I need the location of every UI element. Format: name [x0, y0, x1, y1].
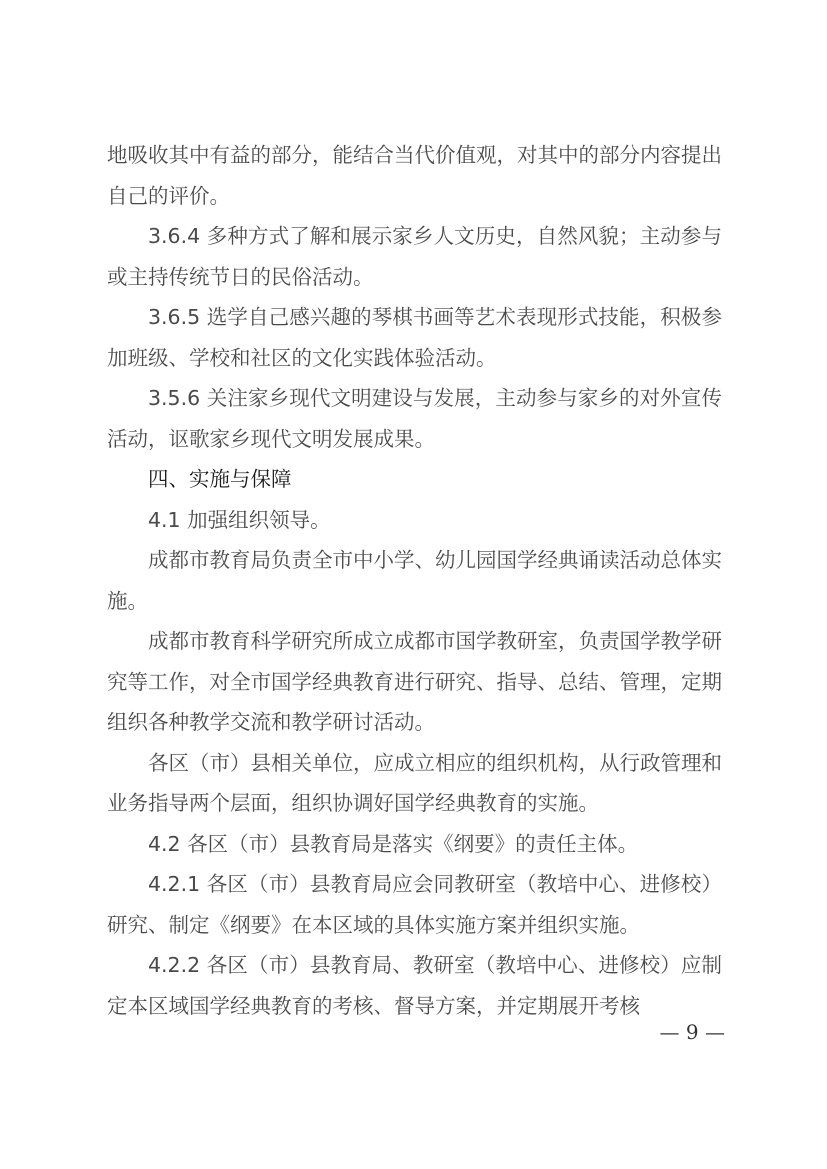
section-heading: 四、实施与保障: [107, 459, 722, 500]
paragraph-3-6-5: 3.6.5 选学自己感兴趣的琴棋书画等艺术表现形式技能，积极参加班级、学校和社区…: [107, 297, 722, 378]
page-number: — 9 —: [650, 1020, 725, 1044]
paragraph-research-institute: 成都市教育科学研究所成立成都市国学教研室，负责国学教学研究等工作，对全市国学经典…: [107, 621, 722, 743]
paragraph-district-units: 各区（市）县相关单位，应成立相应的组织机构，从行政管理和业务指导两个层面，组织协…: [107, 743, 722, 824]
paragraph-4-1: 4.1 加强组织领导。: [107, 500, 722, 541]
paragraph-continuation: 地吸收其中有益的部分，能结合当代价值观，对其中的部分内容提出自己的评价。: [107, 135, 722, 216]
document-body: 地吸收其中有益的部分，能结合当代价值观，对其中的部分内容提出自己的评价。 3.6…: [107, 135, 722, 1026]
paragraph-city-bureau: 成都市教育局负责全市中小学、幼儿园国学经典诵读活动总体实施。: [107, 540, 722, 621]
paragraph-4-2-1: 4.2.1 各区（市）县教育局应会同教研室（教培中心、进修校）研究、制定《纲要》…: [107, 864, 722, 945]
paragraph-3-6-4: 3.6.4 多种方式了解和展示家乡人文历史，自然风貌；主动参与或主持传统节日的民…: [107, 216, 722, 297]
paragraph-4-2: 4.2 各区（市）县教育局是落实《纲要》的责任主体。: [107, 824, 722, 865]
paragraph-3-5-6: 3.5.6 关注家乡现代文明建设与发展，主动参与家乡的对外宣传活动，讴歌家乡现代…: [107, 378, 722, 459]
paragraph-4-2-2: 4.2.2 各区（市）县教育局、教研室（教培中心、进修校）应制定本区域国学经典教…: [107, 945, 722, 1026]
